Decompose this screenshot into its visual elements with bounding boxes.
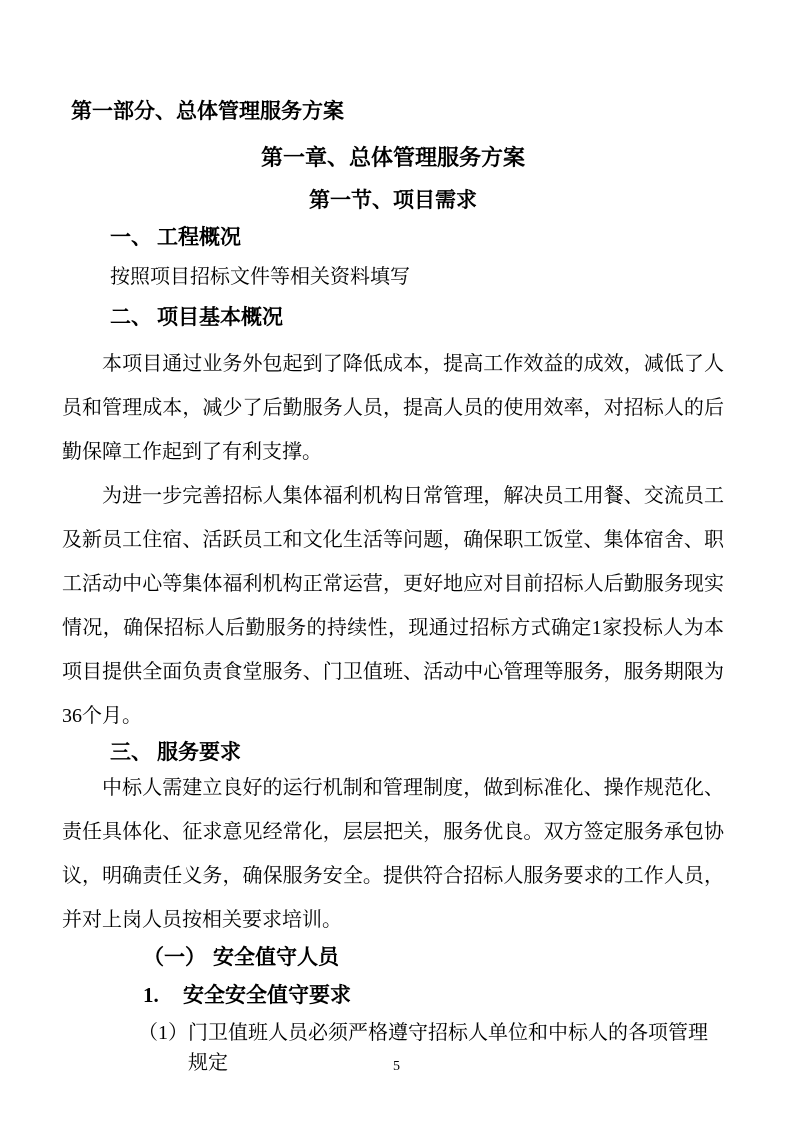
note-line: 按照项目招标文件等相关资料填写 xyxy=(62,263,724,291)
chapter-heading: 第一章、总体管理服务方案 xyxy=(62,143,724,173)
page-number: 5 xyxy=(393,1059,400,1074)
heading-item-1-title: 工程概况 xyxy=(157,223,241,251)
sub-heading-1-number: （一） xyxy=(143,942,213,972)
note-text: 按照项目招标文件等相关资料填写 xyxy=(110,263,410,291)
part-heading: 第一部分、总体管理服务方案 xyxy=(62,97,724,125)
numbered-heading-1-title: 安全安全值守要求 xyxy=(183,980,351,1010)
numbered-heading-1: 1. 安全安全值守要求 xyxy=(62,980,724,1010)
document-content: 第一部分、总体管理服务方案 第一章、总体管理服务方案 第一节、项目需求 一、 工… xyxy=(0,0,793,1078)
heading-item-2: 二、 项目基本概况 xyxy=(62,303,724,331)
paragraph-3: 中标人需建立良好的运行机制和管理制度，做到标准化、操作规范化、责任具体化、征求意… xyxy=(62,766,724,942)
document-page: 第一部分、总体管理服务方案 第一章、总体管理服务方案 第一节、项目需求 一、 工… xyxy=(0,0,793,1122)
heading-item-3-number: 三、 xyxy=(110,738,157,766)
heading-item-3: 三、 服务要求 xyxy=(62,738,724,766)
heading-item-1: 一、 工程概况 xyxy=(62,223,724,251)
numbered-heading-1-number: 1. xyxy=(143,980,183,1010)
sub-heading-1: （一） 安全值守人员 xyxy=(62,942,724,972)
heading-item-1-number: 一、 xyxy=(110,223,157,251)
sub-heading-1-title: 安全值守人员 xyxy=(213,942,339,972)
section-heading: 第一节、项目需求 xyxy=(62,186,724,214)
page-footer: 5 xyxy=(0,1058,793,1076)
paragraph-2: 为进一步完善招标人集体福利机构日常管理，解决员工用餐、交流员工及新员工住宿、活跃… xyxy=(62,474,724,738)
point-item-1-number: （1） xyxy=(138,1018,188,1048)
heading-item-2-title: 项目基本概况 xyxy=(157,303,283,331)
heading-item-2-number: 二、 xyxy=(110,303,157,331)
heading-item-3-title: 服务要求 xyxy=(157,738,241,766)
paragraph-1: 本项目通过业务外包起到了降低成本，提高工作效益的成效，减低了人员和管理成本，减少… xyxy=(62,342,724,474)
